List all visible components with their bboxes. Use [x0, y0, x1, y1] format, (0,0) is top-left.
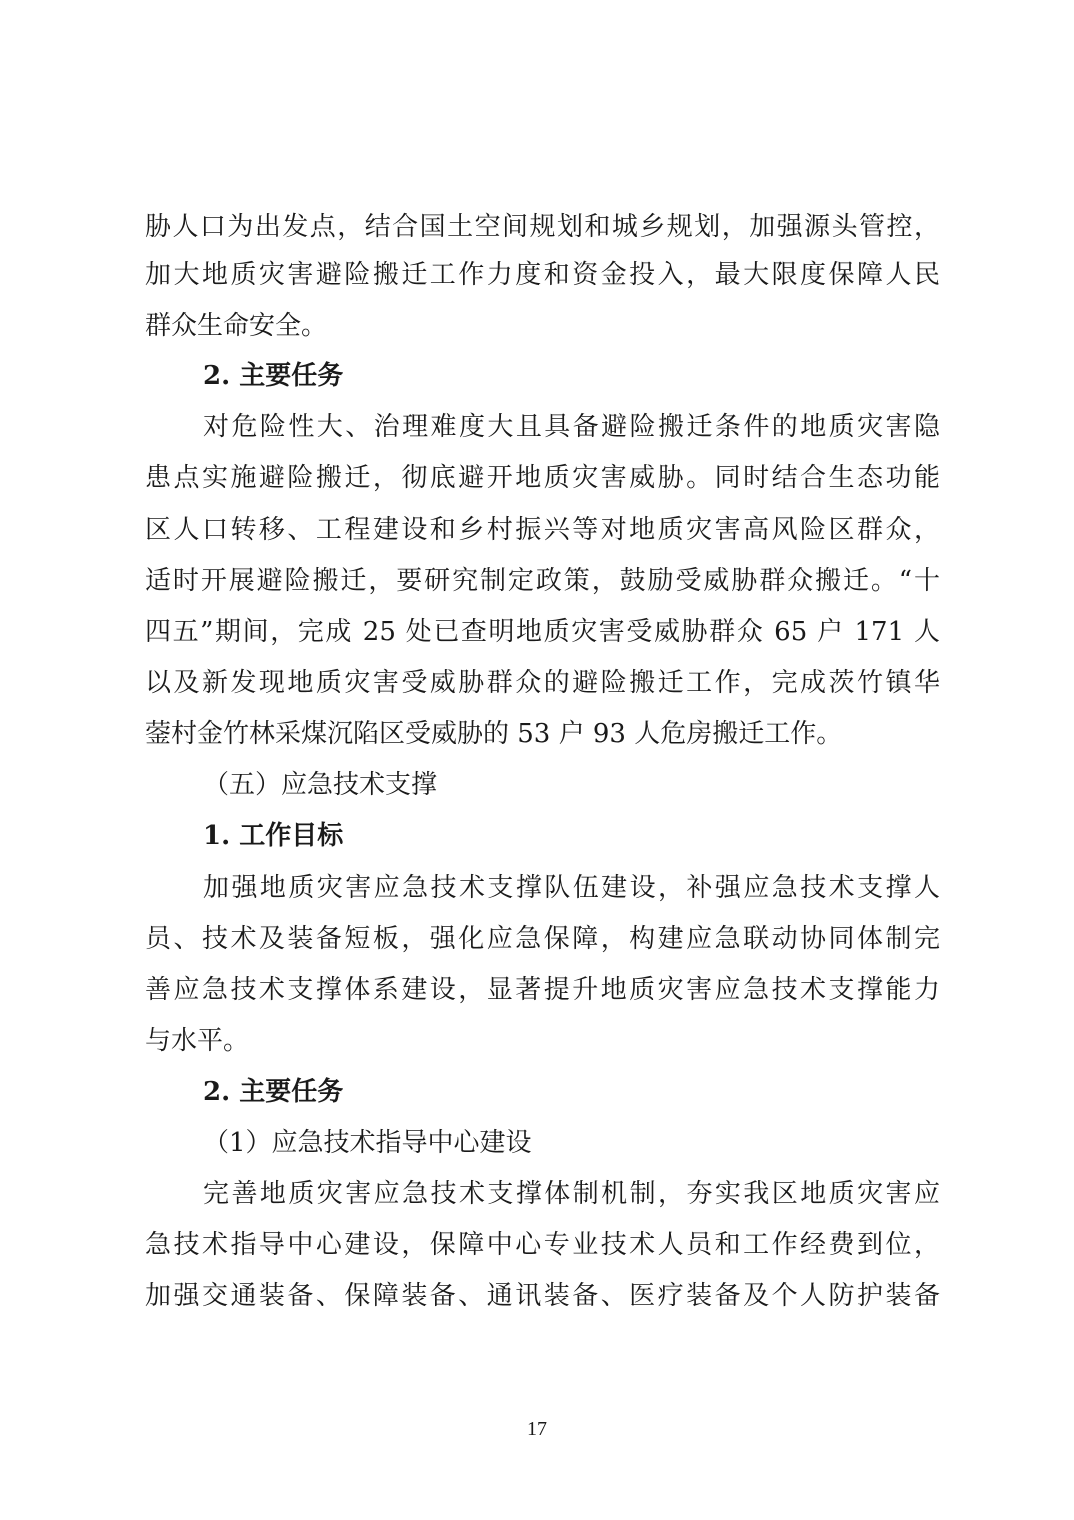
text-line: 蓥村金竹林采煤沉陷区受威胁的 53 户 93 人危房搬迁工作。 — [145, 714, 940, 754]
text-line: 与水平。 — [145, 1021, 940, 1061]
text-line: 员、技术及装备短板，强化应急保障，构建应急联动协同体制完 — [145, 919, 940, 959]
text-line: 以及新发现地质灾害受威胁群众的避险搬迁工作，完成茨竹镇华 — [145, 663, 940, 703]
section-heading: 2. 主要任务 — [203, 356, 940, 396]
text-line: 适时开展避险搬迁，要研究制定政策，鼓励受威胁群众搬迁。“十 — [145, 561, 940, 601]
section-heading: 1. 工作目标 — [203, 816, 940, 856]
text-line: 加强交通装备、保障装备、通讯装备、医疗装备及个人防护装备 — [145, 1276, 940, 1316]
text-line: 完善地质灾害应急技术支撑体制机制，夯实我区地质灾害应 — [203, 1174, 940, 1214]
text-line: 善应急技术支撑体系建设，显著提升地质灾害应急技术支撑能力 — [145, 970, 940, 1010]
text-line: 四五”期间，完成 25 处已查明地质灾害受威胁群众 65 户 171 人 — [145, 612, 940, 652]
text-line: 加强地质灾害应急技术支撑队伍建设，补强应急技术支撑人 — [203, 868, 940, 908]
text-line: 急技术指导中心建设，保障中心专业技术人员和工作经费到位， — [145, 1225, 940, 1265]
section-heading: 2. 主要任务 — [203, 1072, 940, 1112]
section-heading: （1）应急技术指导中心建设 — [203, 1123, 940, 1163]
text-line: 患点实施避险搬迁，彻底避开地质灾害威胁。同时结合生态功能 — [145, 458, 940, 498]
text-line: 群众生命安全。 — [145, 306, 940, 346]
text-line: 加大地质灾害避险搬迁工作力度和资金投入，最大限度保障人民 — [145, 255, 940, 295]
document-page: 胁人口为出发点，结合国土空间规划和城乡规划，加强源头管控， 加大地质灾害避险搬迁… — [0, 0, 1074, 1520]
text-line: 对危险性大、治理难度大且具备避险搬迁条件的地质灾害隐 — [203, 407, 940, 447]
page-number: 17 — [0, 1418, 1074, 1441]
section-heading: （五）应急技术支撑 — [203, 765, 940, 805]
text-line: 胁人口为出发点，结合国土空间规划和城乡规划，加强源头管控， — [145, 207, 940, 247]
text-line: 区人口转移、工程建设和乡村振兴等对地质灾害高风险区群众， — [145, 510, 940, 550]
